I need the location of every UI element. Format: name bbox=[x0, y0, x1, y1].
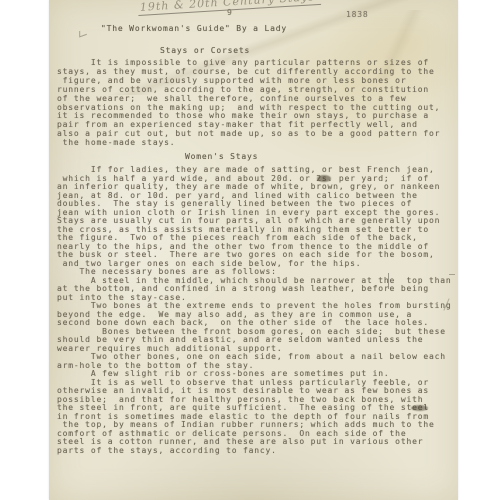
paragraph-intro: It is impossible to give any particular … bbox=[57, 59, 440, 148]
paragraph-womens-stays: If for ladies, they are made of satting,… bbox=[57, 166, 452, 455]
pencil-dash-mark bbox=[449, 274, 455, 275]
document-title: "The Workwoman's Guide" By a Lady bbox=[101, 24, 287, 33]
scanned-document-background: { "document": { "handwritten_annotation"… bbox=[0, 0, 500, 500]
section-heading-stays-or-corsets: Stays or Corsets bbox=[160, 46, 250, 55]
ink-overstrike-smudge bbox=[411, 405, 428, 411]
pencil-tick-mark bbox=[388, 273, 389, 289]
typed-page-number: 9 bbox=[227, 8, 233, 17]
ink-overstrike-smudge bbox=[317, 175, 331, 182]
year-stamp: 1838 bbox=[346, 10, 369, 19]
section-heading-womens-stays: Women's Stays bbox=[185, 152, 258, 161]
